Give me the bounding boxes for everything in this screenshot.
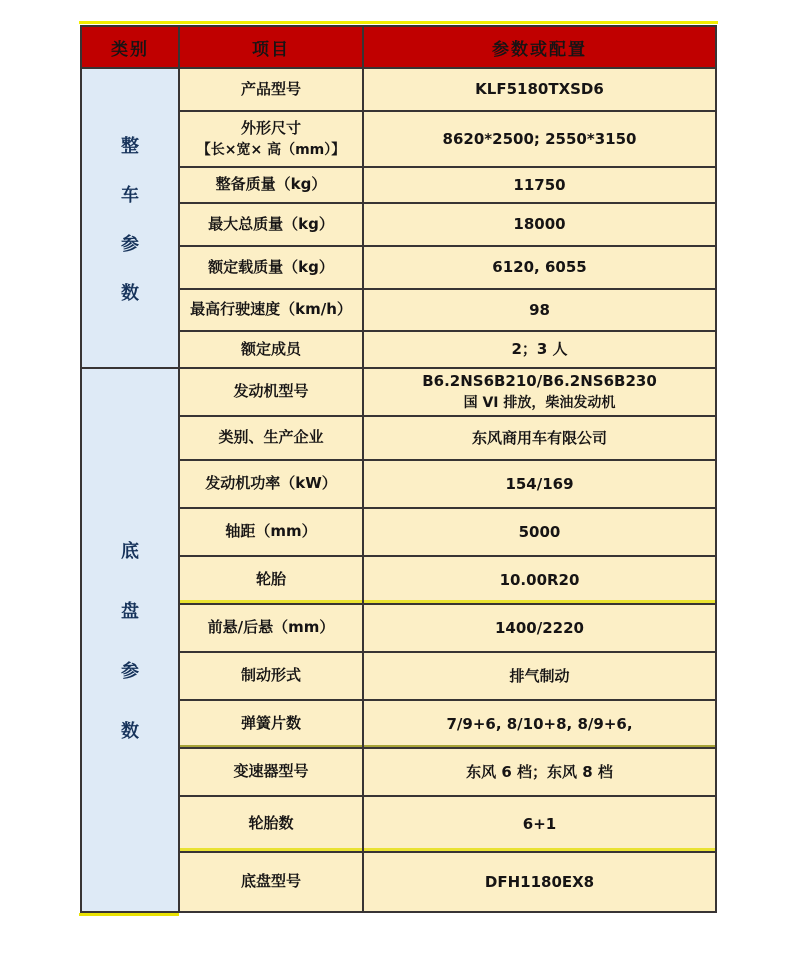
spec-item-cell: 轮胎	[179, 556, 363, 604]
spec-value-cell: 18000	[363, 203, 716, 246]
spec-value-text: 东风 6 档；东风 8 档	[364, 761, 715, 784]
spec-item-label: 前悬/后悬（mm）	[180, 617, 362, 639]
spec-item-label: 底盘型号	[180, 871, 362, 893]
spec-item-cell: 变速器型号	[179, 748, 363, 796]
category-char: 参	[121, 657, 139, 683]
table-bottom-left-accent-line	[79, 913, 179, 916]
spec-value-cell: 东风 6 档；东风 8 档	[363, 748, 716, 796]
spec-item-cell: 制动形式	[179, 652, 363, 700]
page: 类别 项目 参数或配置 整车参数产品型号KLF5180TXSD6外形尺寸【长×宽…	[0, 0, 800, 958]
spec-value-cell: 8620*2500; 2550*3150	[363, 111, 716, 167]
spec-value-cell: 98	[363, 289, 716, 331]
category-char: 底	[121, 537, 139, 563]
spec-item-label: 类别、生产企业	[180, 427, 362, 449]
spec-item-label-line2: 【长×宽× 高（mm）】	[180, 140, 362, 160]
spec-item-label: 额定载质量（kg）	[180, 257, 362, 279]
spec-value-text: 6120, 6055	[364, 256, 715, 279]
spec-value-cell: 7/9+6, 8/10+8, 8/9+6,	[363, 700, 716, 748]
spec-value-text: KLF5180TXSD6	[364, 78, 715, 101]
table-header-row: 类别 项目 参数或配置	[81, 26, 716, 68]
spec-item-label: 轮胎数	[180, 813, 362, 835]
spec-value-text: 10.00R20	[364, 569, 715, 592]
spec-value-text: 排气制动	[364, 665, 715, 688]
spec-row: 整车参数产品型号KLF5180TXSD6	[81, 68, 716, 111]
spec-value-cell: KLF5180TXSD6	[363, 68, 716, 111]
spec-table: 类别 项目 参数或配置 整车参数产品型号KLF5180TXSD6外形尺寸【长×宽…	[80, 25, 717, 913]
spec-value-cell: 2；3 人	[363, 331, 716, 368]
spec-item-label: 轮胎	[180, 569, 362, 591]
category-char: 数	[121, 279, 139, 305]
table-top-accent-line	[79, 21, 718, 24]
header-category: 类别	[81, 26, 179, 68]
spec-value-text: 8620*2500; 2550*3150	[364, 128, 715, 151]
spec-item-cell: 前悬/后悬（mm）	[179, 604, 363, 652]
spec-item-label: 外形尺寸	[180, 118, 362, 140]
category-char: 盘	[121, 597, 139, 623]
spec-value-text: 11750	[364, 174, 715, 197]
spec-value-text: DFH1180EX8	[364, 871, 715, 894]
spec-item-cell: 轮胎数	[179, 796, 363, 852]
spec-item-cell: 最大总质量（kg）	[179, 203, 363, 246]
category-char: 参	[121, 230, 139, 256]
spec-value-cell: DFH1180EX8	[363, 852, 716, 912]
spec-item-label: 发动机功率（kW）	[180, 473, 362, 495]
spec-value-text: 154/169	[364, 473, 715, 496]
category-char: 车	[121, 181, 139, 207]
spec-item-label: 额定成员	[180, 339, 362, 361]
vehicle-spec-table: 类别 项目 参数或配置 整车参数产品型号KLF5180TXSD6外形尺寸【长×宽…	[80, 25, 717, 913]
spec-value-text: 7/9+6, 8/10+8, 8/9+6,	[364, 713, 715, 736]
table-body: 整车参数产品型号KLF5180TXSD6外形尺寸【长×宽× 高（mm）】8620…	[81, 68, 716, 912]
spec-item-cell: 发动机功率（kW）	[179, 460, 363, 508]
header-item: 项目	[179, 26, 363, 68]
spec-item-cell: 外形尺寸【长×宽× 高（mm）】	[179, 111, 363, 167]
category-vertical-label: 整车参数	[82, 132, 178, 305]
category-vertical-label: 底盘参数	[82, 537, 178, 743]
spec-value-cell: 5000	[363, 508, 716, 556]
spec-value-cell: 东风商用车有限公司	[363, 416, 716, 460]
spec-item-label: 最高行驶速度（km/h）	[180, 299, 362, 321]
category-char: 整	[121, 132, 139, 158]
category-char: 数	[121, 717, 139, 743]
spec-value-cell: 10.00R20	[363, 556, 716, 604]
table-header: 类别 项目 参数或配置	[81, 26, 716, 68]
spec-item-label: 最大总质量（kg）	[180, 214, 362, 236]
spec-item-label: 产品型号	[180, 79, 362, 101]
spec-value-text: 东风商用车有限公司	[364, 427, 715, 450]
spec-item-cell: 发动机型号	[179, 368, 363, 416]
spec-value-text: B6.2NS6B210/B6.2NS6B230	[364, 370, 715, 393]
spec-item-label: 整备质量（kg）	[180, 174, 362, 196]
spec-value-text-line2: 国 VI 排放，柴油发动机	[364, 393, 715, 414]
spec-item-cell: 最高行驶速度（km/h）	[179, 289, 363, 331]
spec-value-cell: 6+1	[363, 796, 716, 852]
category-cell-chassis: 底盘参数	[81, 368, 179, 912]
spec-item-label: 发动机型号	[180, 381, 362, 403]
spec-item-cell: 额定载质量（kg）	[179, 246, 363, 289]
spec-item-label: 制动形式	[180, 665, 362, 687]
spec-item-label: 变速器型号	[180, 761, 362, 783]
spec-value-text: 5000	[364, 521, 715, 544]
spec-item-cell: 弹簧片数	[179, 700, 363, 748]
spec-item-cell: 轴距（mm）	[179, 508, 363, 556]
spec-item-cell: 产品型号	[179, 68, 363, 111]
spec-item-cell: 额定成员	[179, 331, 363, 368]
spec-value-text: 1400/2220	[364, 617, 715, 640]
spec-value-cell: B6.2NS6B210/B6.2NS6B230国 VI 排放，柴油发动机	[363, 368, 716, 416]
spec-value-text: 18000	[364, 213, 715, 236]
spec-item-label: 弹簧片数	[180, 713, 362, 735]
spec-item-cell: 整备质量（kg）	[179, 167, 363, 203]
spec-value-cell: 154/169	[363, 460, 716, 508]
spec-value-cell: 排气制动	[363, 652, 716, 700]
spec-value-cell: 11750	[363, 167, 716, 203]
spec-value-text: 2；3 人	[364, 338, 715, 361]
spec-value-cell: 6120, 6055	[363, 246, 716, 289]
spec-value-text: 98	[364, 299, 715, 322]
header-value: 参数或配置	[363, 26, 716, 68]
spec-item-label: 轴距（mm）	[180, 521, 362, 543]
spec-item-cell: 类别、生产企业	[179, 416, 363, 460]
category-cell-vehicle: 整车参数	[81, 68, 179, 368]
spec-value-cell: 1400/2220	[363, 604, 716, 652]
spec-value-text: 6+1	[364, 813, 715, 836]
spec-item-cell: 底盘型号	[179, 852, 363, 912]
spec-row: 底盘参数发动机型号B6.2NS6B210/B6.2NS6B230国 VI 排放，…	[81, 368, 716, 416]
